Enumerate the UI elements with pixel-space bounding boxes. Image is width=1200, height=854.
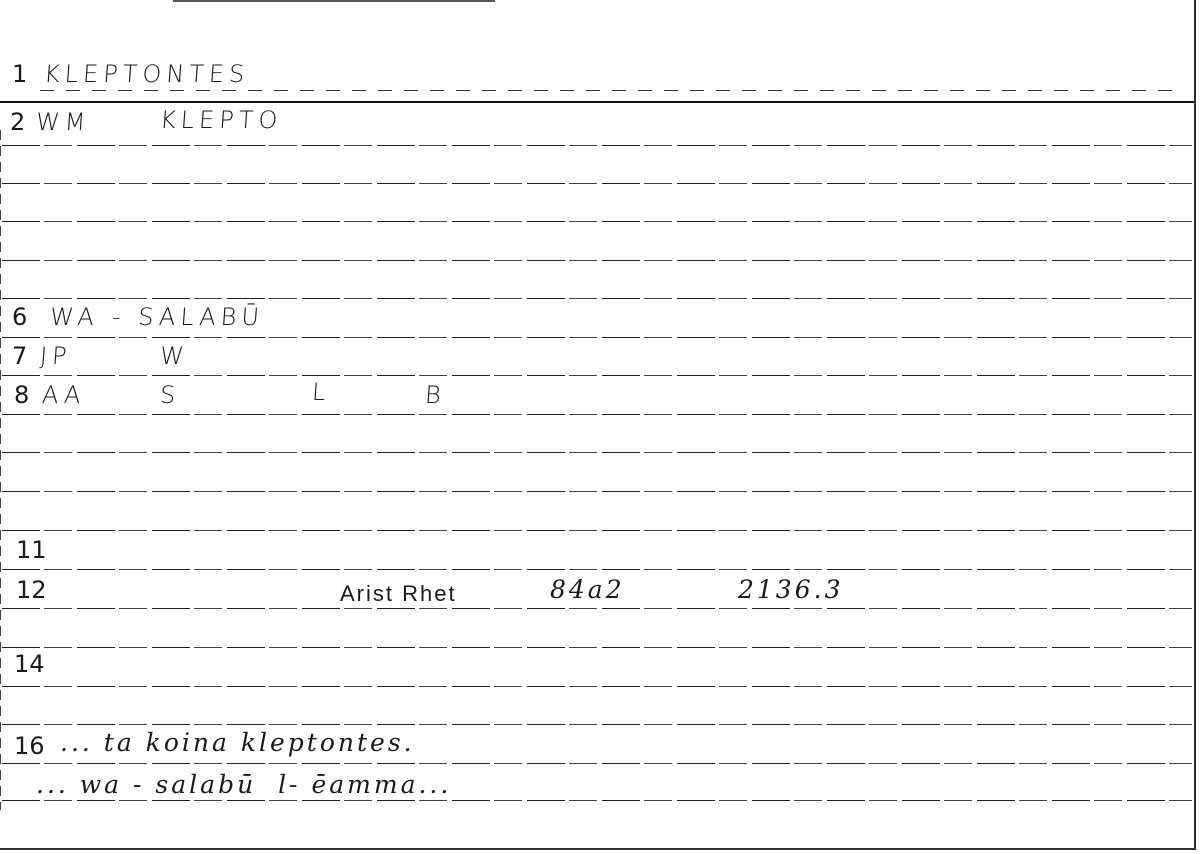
rule-line: [2, 491, 1192, 492]
variant: L: [311, 378, 331, 406]
manuscript-card: 1 KLEPTONTES 2 WM KLEPTO 6 WA - SALABŪ 7…: [0, 0, 1200, 854]
bottom-border: [0, 848, 1196, 850]
lemma-heading: KLEPTONTES: [43, 60, 250, 88]
rule-line: [2, 145, 1192, 146]
line-number: 11: [16, 536, 47, 564]
line-number: 1: [12, 60, 27, 88]
quotation-text: ... ta koina kleptontes.: [60, 728, 415, 757]
source-citation: Arist Rhet: [340, 581, 457, 607]
entry-text: - SALABŪ: [111, 303, 265, 331]
rule-line: [2, 260, 1192, 261]
siglum: WA: [49, 303, 100, 331]
line-number: 8: [14, 381, 29, 409]
rule-line: [40, 90, 1180, 91]
rule-line: [2, 337, 1192, 338]
siglum: AA: [41, 381, 86, 409]
variant: S: [159, 381, 181, 409]
line-number: 16: [14, 732, 45, 760]
rule-line: [2, 298, 1192, 299]
left-border: [0, 130, 1, 810]
variant: B: [424, 381, 447, 409]
entry-text: KLEPTO: [159, 106, 283, 134]
rule-line: [2, 221, 1192, 222]
rule-line: [2, 452, 1192, 453]
rule-line: [2, 800, 1192, 801]
line-number: 6: [12, 303, 27, 331]
line-number: 14: [14, 650, 45, 678]
rule-line: [2, 375, 1192, 376]
rule-line: [2, 647, 1192, 648]
rule-line: [2, 569, 1192, 570]
siglum: WM: [35, 108, 91, 136]
right-border: [1194, 0, 1196, 850]
reference: 84a2: [550, 575, 625, 604]
line-number: 7: [12, 342, 27, 370]
line-number: 12: [16, 576, 47, 604]
top-rule: [173, 0, 495, 2]
header-rule: [0, 101, 1194, 103]
rule-line: [2, 686, 1192, 687]
variant: W: [159, 342, 190, 370]
line-number: 2: [10, 108, 25, 136]
quotation-continuation: ... wa - salabū l- ēamma...: [36, 770, 451, 799]
rule-line: [2, 414, 1192, 415]
reference-secondary: 2136.3: [738, 575, 843, 604]
rule-line: [2, 724, 1192, 725]
rule-line: [2, 530, 1192, 531]
rule-line: [2, 183, 1192, 184]
siglum: JP: [39, 342, 73, 370]
rule-line: [2, 608, 1192, 609]
rule-line: [2, 763, 1192, 764]
